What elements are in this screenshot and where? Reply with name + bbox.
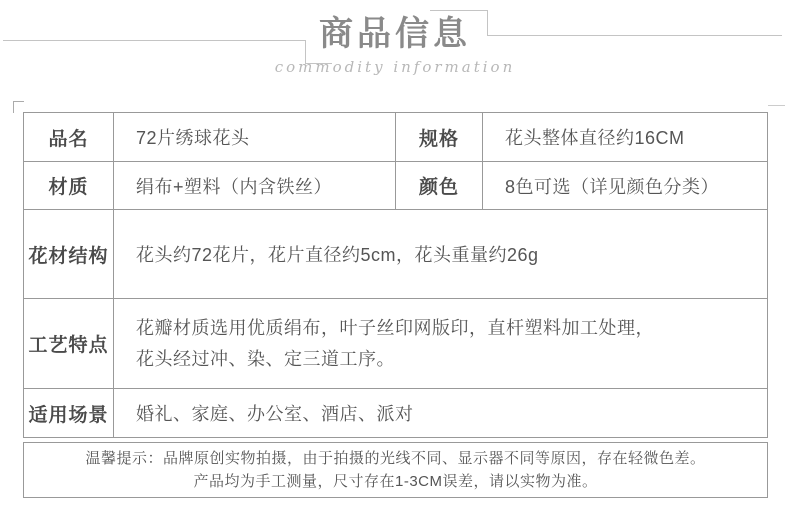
- spec-label-scenes: 适用场景: [24, 389, 114, 437]
- notice-line1: 温馨提示：品牌原创实物拍摄，由于拍摄的光线不同、显示器不同等原因，存在轻微色差。: [24, 447, 767, 470]
- table-row-scenes: 适用场景 婚礼、家庭、办公室、酒店、派对: [24, 389, 767, 437]
- notice-line2: 产品均为手工测量，尺寸存在1-3CM误差，请以实物为准。: [24, 470, 767, 493]
- spec-label-color: 颜色: [396, 162, 483, 209]
- spec-label-craft: 工艺特点: [24, 299, 114, 388]
- decor-line-right-short: [430, 10, 487, 11]
- notice-box: 温馨提示：品牌原创实物拍摄，由于拍摄的光线不同、显示器不同等原因，存在轻微色差。…: [23, 442, 768, 498]
- spec-value-product-name: 72片绣球花头: [114, 113, 396, 161]
- spec-value-craft-line1: 花瓣材质选用优质绢布，叶子丝印网版印，直杆塑料加工处理，: [136, 313, 654, 344]
- table-corner-accent-right: [768, 105, 785, 106]
- spec-label-product-name: 品名: [24, 113, 114, 161]
- spec-value-size: 花头整体直径约16CM: [483, 113, 767, 161]
- spec-value-craft-line2: 花头经过冲、染、定三道工序。: [136, 344, 395, 375]
- table-row-name-spec: 品名 72片绣球花头 规格 花头整体直径约16CM: [24, 113, 767, 162]
- spec-label-structure: 花材结构: [24, 210, 114, 298]
- spec-table: 品名 72片绣球花头 规格 花头整体直径约16CM 材质 绢布+塑料（内含铁丝）…: [23, 112, 768, 438]
- product-info-page: 商品信息 commodity information 品名 72片绣球花头 规格…: [0, 0, 790, 530]
- spec-label-size: 规格: [396, 113, 483, 161]
- section-subtitle: commodity information: [0, 58, 790, 76]
- spec-value-scenes: 婚礼、家庭、办公室、酒店、派对: [114, 389, 767, 437]
- table-row-material-color: 材质 绢布+塑料（内含铁丝） 颜色 8色可选（详见颜色分类）: [24, 162, 767, 210]
- table-row-craft: 工艺特点 花瓣材质选用优质绢布，叶子丝印网版印，直杆塑料加工处理， 花头经过冲、…: [24, 299, 767, 389]
- spec-value-material: 绢布+塑料（内含铁丝）: [114, 162, 396, 209]
- spec-value-craft: 花瓣材质选用优质绢布，叶子丝印网版印，直杆塑料加工处理， 花头经过冲、染、定三道…: [114, 299, 767, 388]
- section-title: 商品信息: [0, 16, 790, 53]
- spec-label-material: 材质: [24, 162, 114, 209]
- spec-value-color: 8色可选（详见颜色分类）: [483, 162, 767, 209]
- spec-value-structure: 花头约72花片，花片直径约5cm，花头重量约26g: [114, 210, 767, 298]
- table-row-structure: 花材结构 花头约72花片，花片直径约5cm，花头重量约26g: [24, 210, 767, 299]
